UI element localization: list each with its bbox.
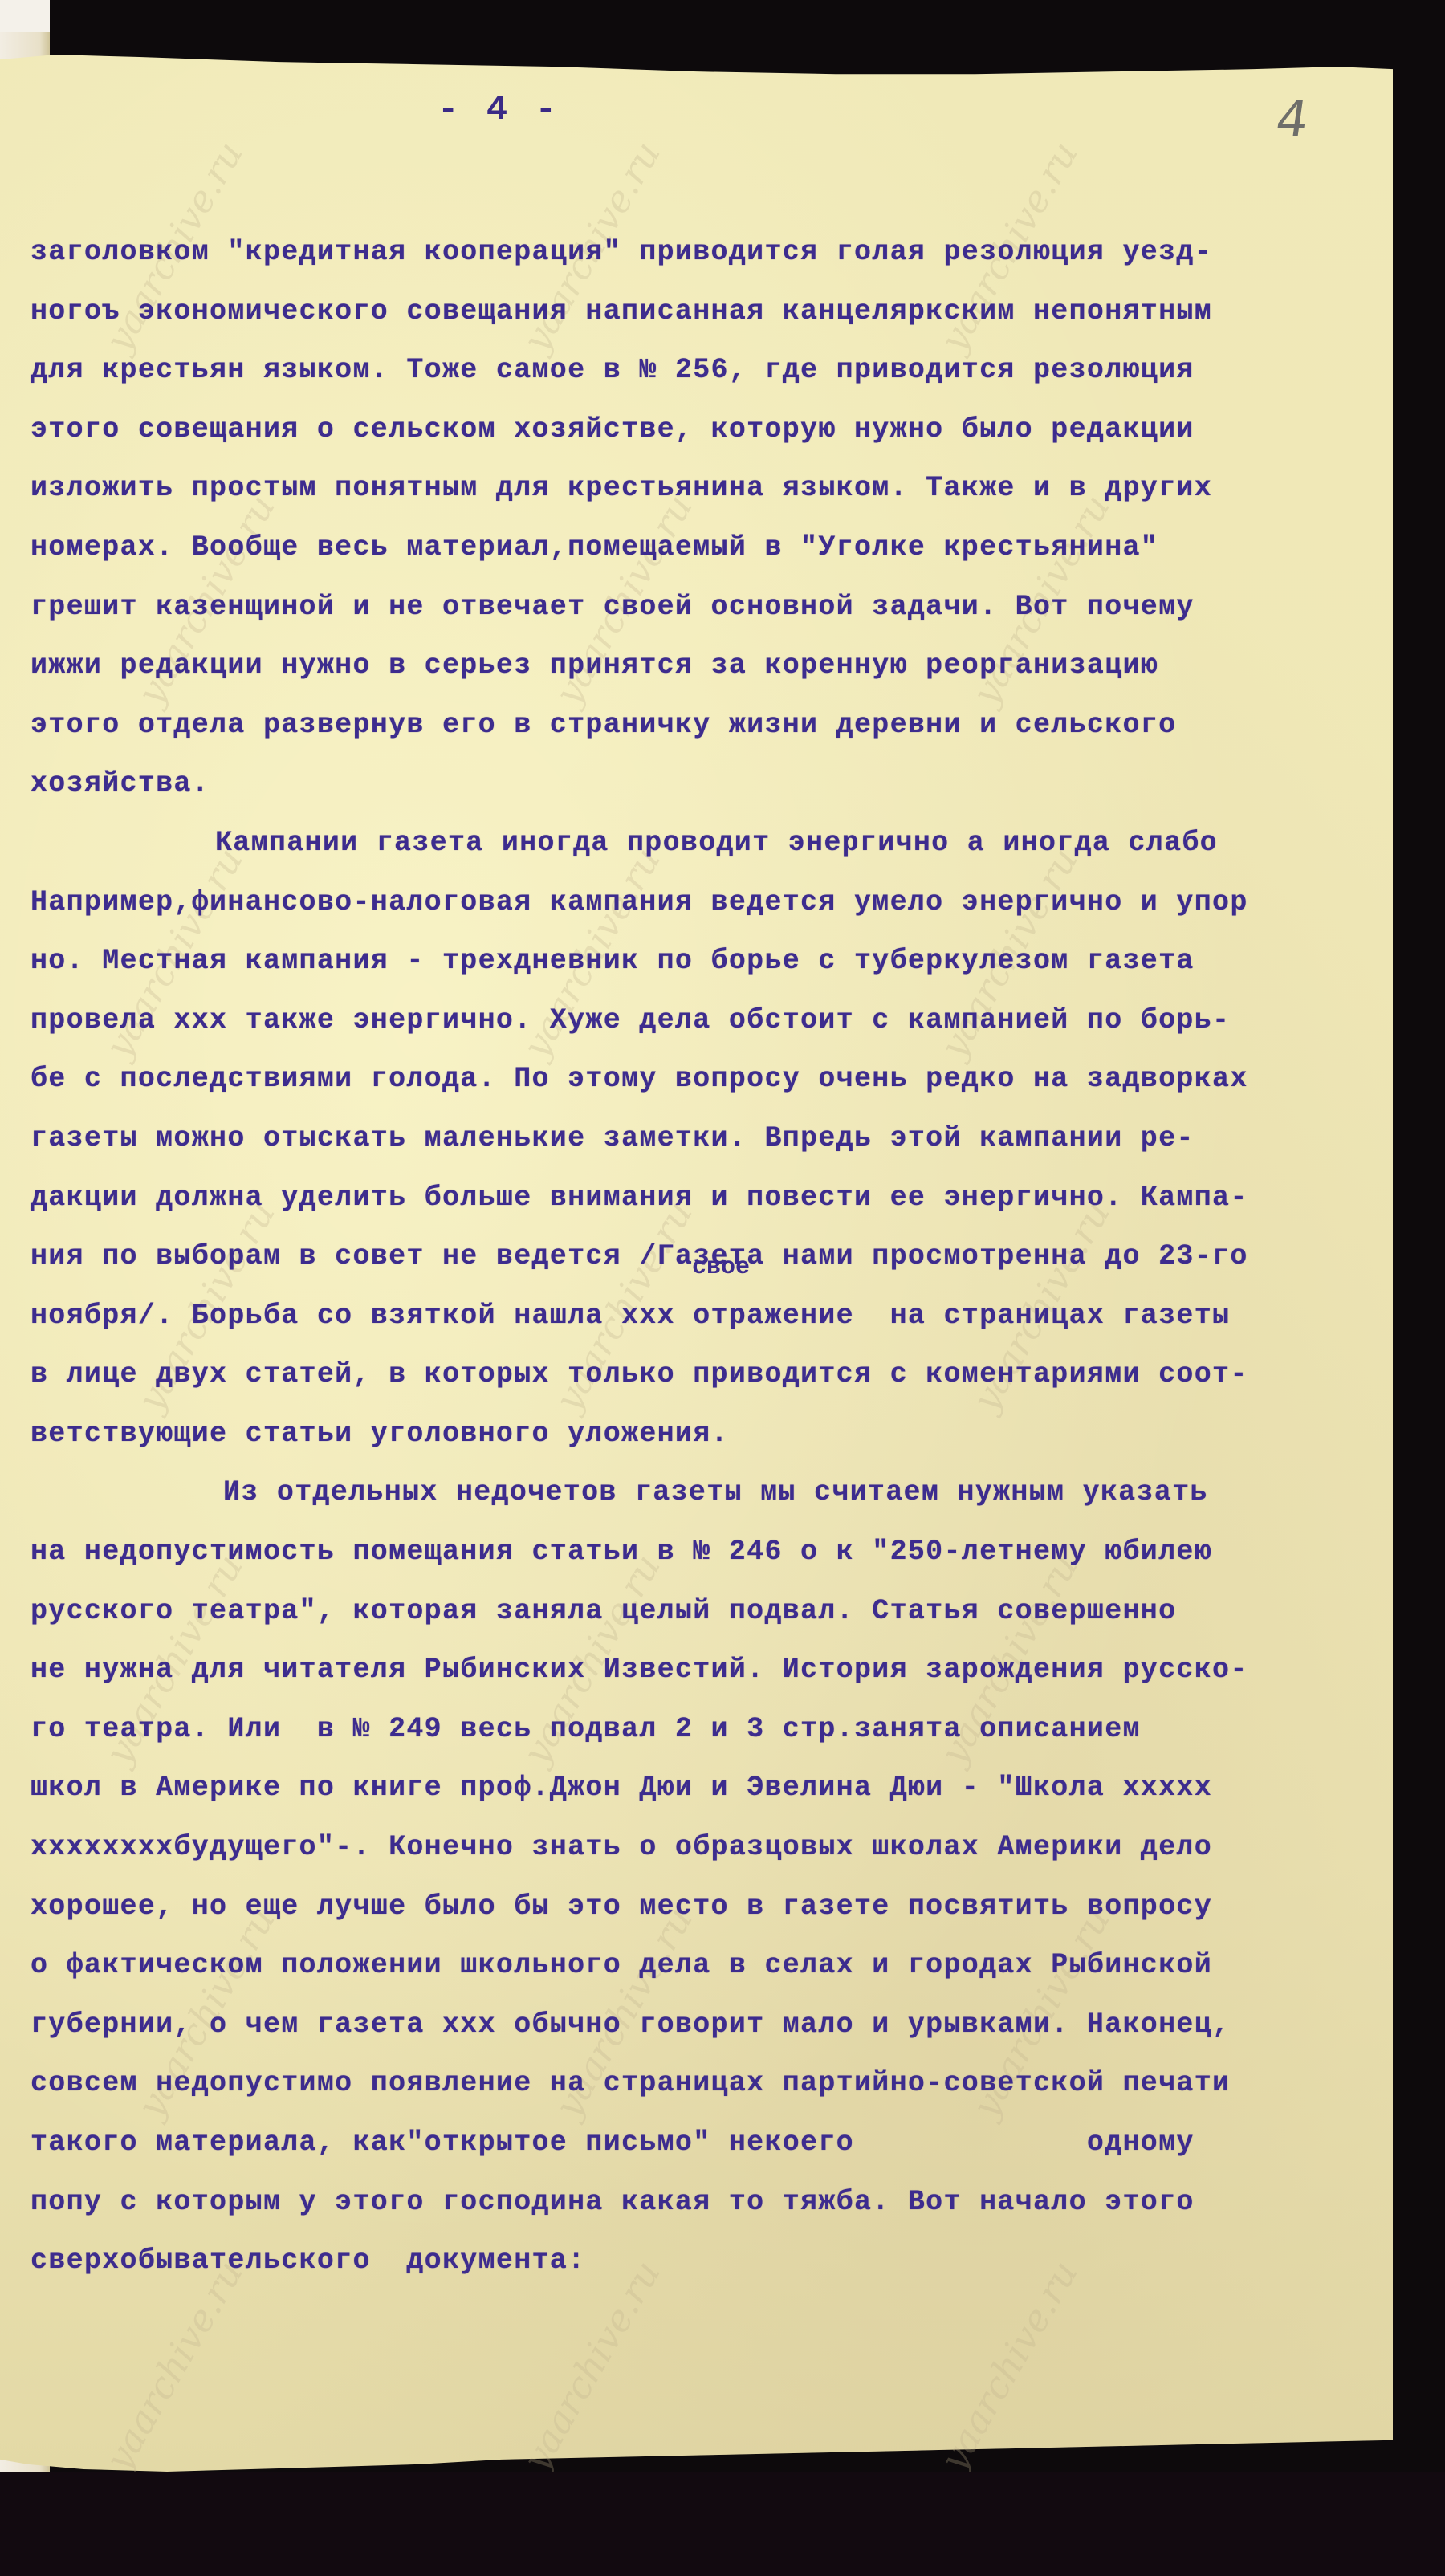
- text-line: дакции должна уделить больше внимания и …: [31, 1169, 1395, 1228]
- paragraph-2: Кампании газета иногда проводит энергичн…: [31, 814, 1395, 1464]
- text-line: ижжи редакции нужно в серьез принятся за…: [31, 637, 1395, 696]
- text-line: для крестьян языком. Тоже самое в № 256,…: [31, 341, 1395, 401]
- text-line: сверхобывательского документа:: [31, 2232, 1395, 2291]
- text-line: ногоъ экономического совещания написанна…: [31, 283, 1395, 342]
- text-line: Из отдельных недочетов газеты мы считаем…: [31, 1463, 1395, 1523]
- text-line: школ в Америке по книге проф.Джон Дюи и …: [31, 1759, 1395, 1818]
- text-line: номерах. Вообще весь материал,помещаемый…: [31, 519, 1395, 578]
- text-line: провела ххх также энергично. Хуже дела о…: [31, 991, 1395, 1051]
- text-line: губернии, о чем газета ххх обычно говори…: [31, 1996, 1395, 2055]
- paragraph-3: Из отдельных недочетов газеты мы считаем…: [31, 1463, 1395, 2290]
- text-line: на недопустимость помещания статьи в № 2…: [31, 1523, 1395, 1582]
- text-line: изложить простым понятным для крестьянин…: [31, 459, 1395, 519]
- text-line: го театра. Или в № 249 весь подвал 2 и 3…: [31, 1700, 1395, 1760]
- text-line: о фактическом положении школьного дела в…: [31, 1936, 1395, 1996]
- text-line: газеты можно отыскать маленькие заметки.…: [31, 1109, 1395, 1169]
- text-line: хорошее, но еще лучше было бы это место …: [31, 1878, 1395, 1937]
- text-line: не нужна для читателя Рыбинских Известий…: [31, 1641, 1395, 1700]
- text-line: Например,финансово-налоговая кампания ве…: [31, 873, 1395, 933]
- text-line: такого материала, как"открытое письмо" н…: [31, 2114, 1395, 2173]
- text-line: ветствующие статьи уголовного уложения.: [31, 1405, 1395, 1464]
- text-line: в лице двух статей, в которых только при…: [31, 1345, 1395, 1405]
- text-line: ноября/. Борьба со взяткой нашла ххх отр…: [31, 1287, 1395, 1346]
- text-line: совсем недопустимо появление на страница…: [31, 2054, 1395, 2114]
- text-line: хозяйства.: [31, 755, 1395, 814]
- page-number: - 4 -: [438, 90, 560, 130]
- text-line: русского театра", которая заняла целый п…: [31, 1582, 1395, 1642]
- interlinear-insertion: свое: [692, 1255, 750, 1280]
- text-line: Кампании газета иногда проводит энергичн…: [31, 814, 1395, 873]
- left-page-edge-top: [0, 0, 50, 32]
- text-line: грешит казенщиной и не отвечает своей ос…: [31, 578, 1395, 637]
- paragraph-1: заголовком "кредитная кооперация" привод…: [31, 223, 1395, 814]
- background-shadow: [0, 2472, 1445, 2576]
- text-line: бе с последствиями голода. По этому вопр…: [31, 1050, 1395, 1109]
- text-line: этого совещания о сельском хозяйстве, ко…: [31, 401, 1395, 460]
- text-line: но. Местная кампания - трехдневник по бо…: [31, 932, 1395, 991]
- text-line: заголовком "кредитная кооперация" привод…: [31, 223, 1395, 283]
- text-line: попу с которым у этого господина какая т…: [31, 2173, 1395, 2232]
- text-line: этого отдела развернув его в страничку ж…: [31, 696, 1395, 755]
- text-line: ххххххххбудущего"-. Конечно знать о обра…: [31, 1818, 1395, 1878]
